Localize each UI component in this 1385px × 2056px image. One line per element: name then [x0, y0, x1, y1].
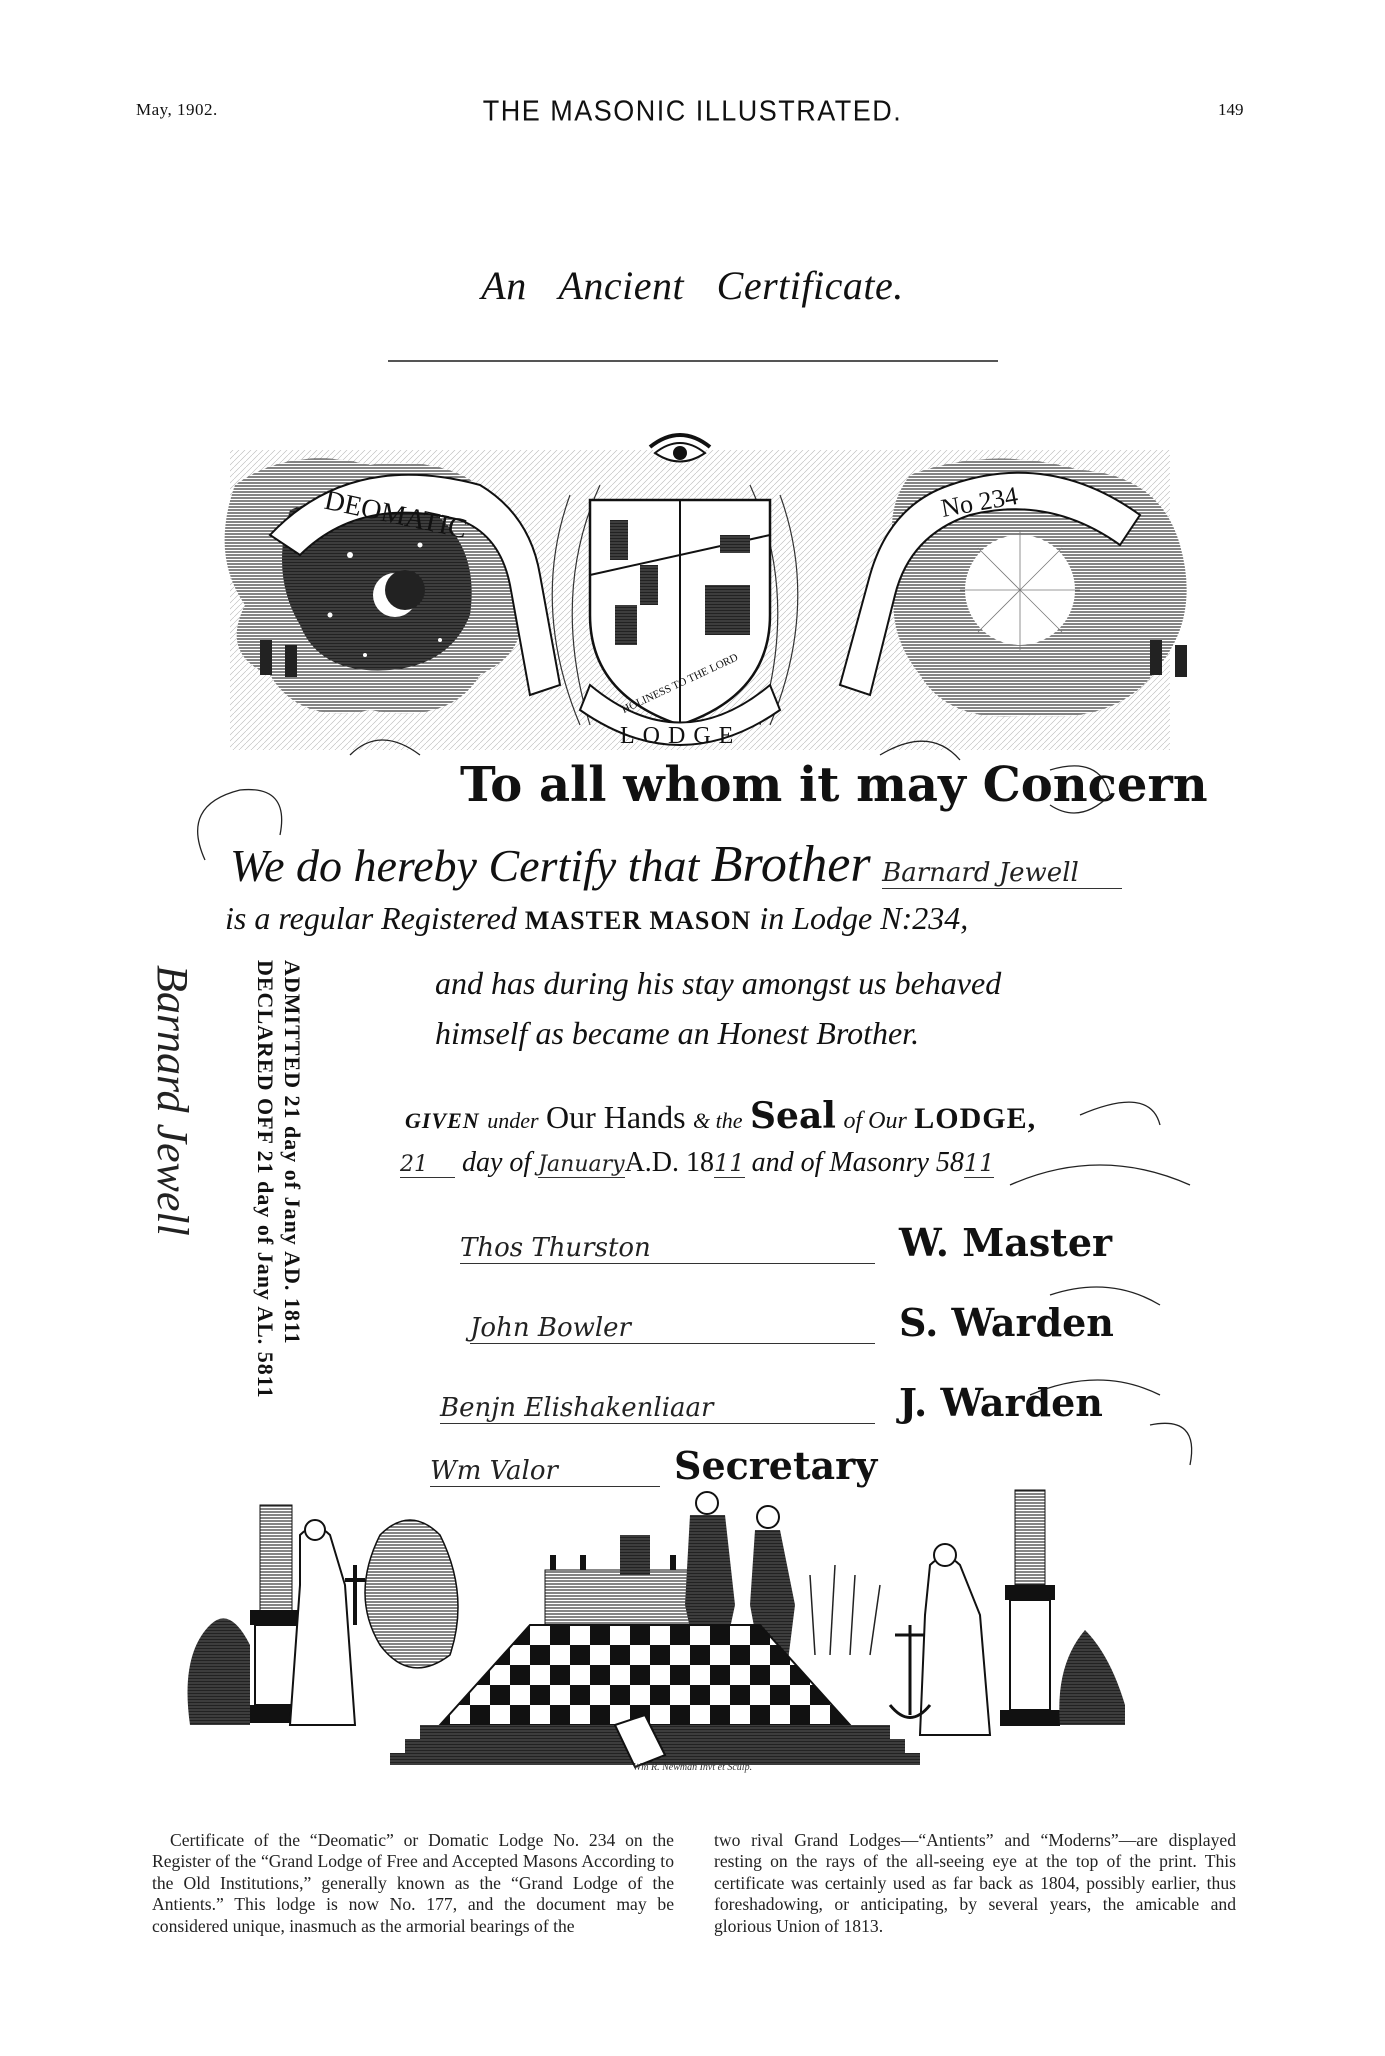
signatory-office: J. Warden [899, 1380, 1103, 1425]
signatory-name: Wm Valor [430, 1456, 660, 1487]
signatory-name: John Bowler [470, 1313, 875, 1344]
member-name: Barnard Jewell [882, 858, 1122, 889]
signatory-row: Thos Thurston W. Master [460, 1220, 1112, 1265]
brother-label: Brother [711, 836, 871, 893]
registration-prefix: is a regular Registered [225, 900, 517, 936]
bottom-engraving [188, 1490, 1126, 1767]
caption-right-column: two rival Grand Lodges—“Antients” and “M… [714, 1830, 1236, 1937]
admitted-side-text: ADMITTED 21 day of Jany AD. 1811 [279, 960, 305, 1345]
title-rule-divider [388, 360, 998, 362]
certificate-engraving: DEOMATIC No 234 [150, 425, 1240, 1780]
registration-line: is a regular Registered MASTER MASON in … [225, 900, 968, 937]
given-label: GIVEN [405, 1108, 480, 1133]
certificate-heading: To all whom it may Concern [460, 757, 1208, 813]
rank-text: MASTER MASON [525, 906, 752, 935]
conduct-line-1: and has during his stay amongst us behav… [435, 965, 1001, 1002]
date-masonry: and of Masonry 58 [752, 1147, 964, 1178]
date-month: January [538, 1152, 624, 1178]
date-day: 21 [400, 1152, 455, 1178]
date-ad: A.D. 18 [625, 1147, 714, 1178]
certify-line: We do hereby Certify that Brother Barnar… [230, 835, 1122, 894]
declared-side-text: DECLARED OFF 21 day of Jany AL. 5811 [252, 960, 278, 1399]
caption-left-column: Certificate of the “Deomatic” or Domatic… [152, 1830, 674, 1937]
signatory-office: Secretary [674, 1443, 877, 1488]
lodge-word: LODGE, [914, 1102, 1036, 1135]
given-of: of Our [843, 1108, 906, 1134]
date-line: 21 day of JanuaryA.D. 1811 and of Masonr… [400, 1147, 994, 1179]
given-line: GIVEN under Our Hands & the Seal of Our … [405, 1095, 1036, 1137]
banner-bottom-text: LODGE [620, 723, 741, 749]
date-masonry-year: 11 [964, 1149, 995, 1178]
given-and: & the [693, 1108, 743, 1133]
signatory-office: W. Master [899, 1220, 1112, 1265]
signatory-office: S. Warden [899, 1300, 1114, 1345]
date-ad-year: 11 [714, 1149, 745, 1178]
page-number: 149 [1218, 100, 1244, 120]
conduct-line-2: himself as became an Honest Brother. [435, 1015, 919, 1052]
given-under: under [487, 1108, 538, 1133]
engraver-credit: Wm R. Newman Invt et Sculp. [0, 1762, 1385, 1773]
article-title: An Ancient Certificate. [0, 262, 1385, 309]
signatory-row: John Bowler S. Warden [470, 1300, 1114, 1345]
signatory-name: Thos Thurston [460, 1233, 875, 1264]
given-hands: Our Hands [546, 1099, 686, 1135]
date-day-of: day of [462, 1147, 531, 1178]
lodge-label: in Lodge N: [759, 900, 912, 936]
seal-word: Seal [750, 1095, 836, 1137]
publication-title: THE MASONIC ILLUSTRATED. [0, 95, 1385, 128]
member-signature-side: Barnard Jewell [147, 965, 198, 1236]
signatory-name: Benjn Elishakenliaar [440, 1393, 875, 1424]
lodge-number: 234, [912, 900, 968, 936]
signatory-row: Wm Valor Secretary [430, 1443, 877, 1488]
signatory-row: Benjn Elishakenliaar J. Warden [440, 1380, 1103, 1425]
certify-prefix: We do hereby Certify that [230, 840, 699, 891]
top-engraving: DEOMATIC No 234 [225, 435, 1187, 750]
